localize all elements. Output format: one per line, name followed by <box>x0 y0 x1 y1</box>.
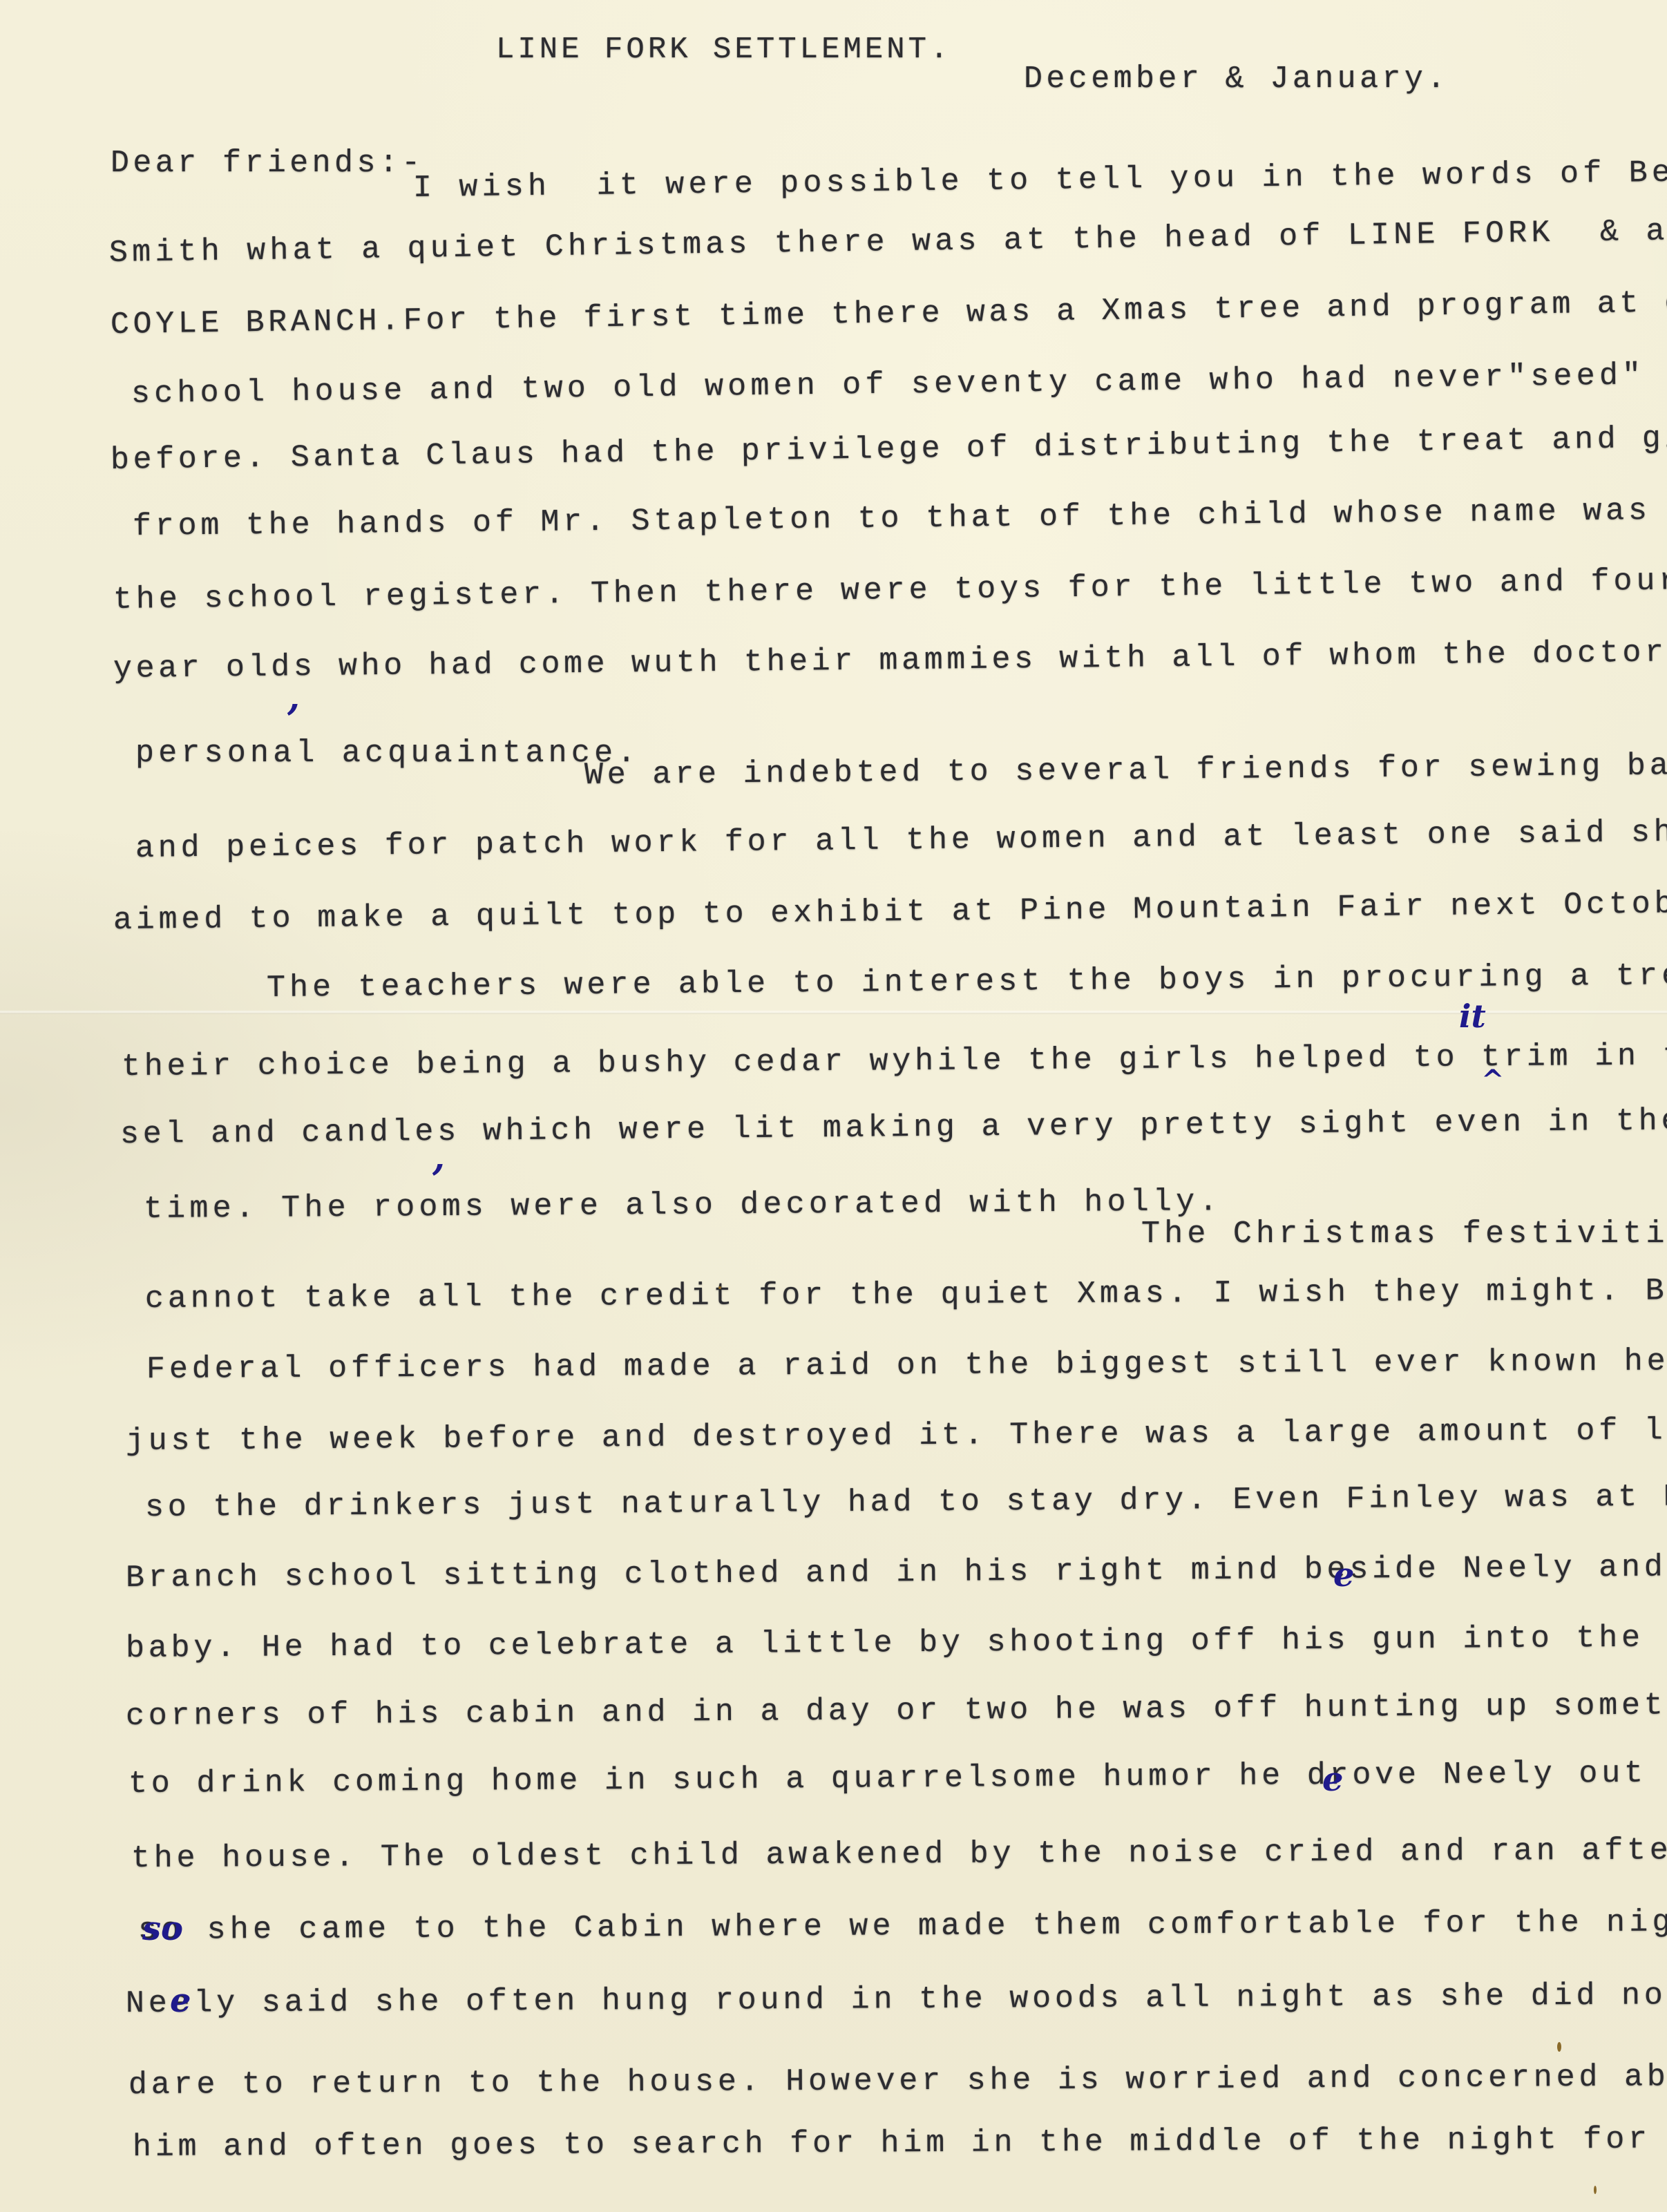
body-line: Smith what a quiet Christmas there was a… <box>109 216 1667 269</box>
pen-caret-mark: ^ <box>1481 1067 1505 1094</box>
letter-date: December & January. <box>1024 64 1449 95</box>
body-line: Federal officers had made a raid on the … <box>146 1346 1667 1385</box>
pen-comma-mark: , <box>287 680 300 716</box>
paper-fold-crease <box>0 1010 1667 1014</box>
body-line: I wish it were possible to tell you in t… <box>413 157 1667 204</box>
pen-letter-correction: e <box>1322 1763 1344 1796</box>
pen-word-correction: so <box>142 1912 183 1945</box>
body-line: corners of his cabin and in a day or two… <box>126 1690 1667 1732</box>
pen-letter-correction: e <box>170 1984 191 2017</box>
salutation: Dear friends:- <box>111 148 424 179</box>
body-line: so the drinkers just naturally had to st… <box>145 1481 1667 1523</box>
body-line: year olds who had come wuth their mammie… <box>113 636 1667 685</box>
body-line: from the hands of Mr. Stapleton to that … <box>133 495 1667 542</box>
body-line: the school register. Then there were toy… <box>113 565 1667 616</box>
body-line: before. Santa Claus had the privilege of… <box>111 422 1667 476</box>
body-line: their choice being a bushy cedar wyhile … <box>122 1040 1667 1083</box>
body-line: COYLE BRANCH.For the first time there wa… <box>111 287 1667 341</box>
body-line: personal acquaintance. <box>135 738 640 769</box>
body-line: to drink coming home in such a quarrelso… <box>128 1757 1667 1800</box>
body-line: so she came to the Cabin where we made t… <box>138 1907 1667 1946</box>
paper-stain <box>1557 2042 1561 2052</box>
body-line: and peices for patch work for all the wo… <box>135 817 1667 864</box>
body-line: Branch school sitting clothed and in his… <box>126 1552 1667 1594</box>
paper-stain <box>718 1286 721 1289</box>
body-line: the house. The oldest child awakened by … <box>131 1834 1667 1874</box>
body-line: The teachers were able to interest the b… <box>267 960 1667 1004</box>
pen-letter-correction: e <box>1333 1558 1355 1592</box>
body-line: just the week before and destroyed it. T… <box>126 1414 1667 1457</box>
letter-page: LINE FORK SETTLEMENT. December & January… <box>0 0 1667 2212</box>
body-line: baby. He had to celebrate a little by sh… <box>126 1622 1667 1664</box>
body-line: sel and candles which were lit making a … <box>120 1105 1667 1150</box>
paper-stain <box>1594 2186 1597 2194</box>
body-line: The Christmas festivities <box>1141 1219 1667 1250</box>
pen-comma-mark: , <box>432 1140 445 1176</box>
body-line: cannot take all the credit for the quiet… <box>145 1275 1667 1315</box>
body-line: school house and two old women of sevent… <box>131 359 1667 410</box>
body-line: him and often goes to search for him in … <box>133 2124 1667 2163</box>
body-line: dare to return to the house. However she… <box>128 2061 1667 2101</box>
pen-insert-it: it <box>1459 1000 1486 1032</box>
letter-heading: LINE FORK SETTLEMENT. <box>496 35 952 65</box>
body-line: time. The rooms were also decorated with… <box>144 1186 1222 1225</box>
body-line: We are indebted to several friends for s… <box>584 750 1667 791</box>
body-line: Neely said she often hung round in the w… <box>126 1980 1667 2019</box>
body-line: aimed to make a quilt top to exhibit at … <box>113 888 1667 936</box>
